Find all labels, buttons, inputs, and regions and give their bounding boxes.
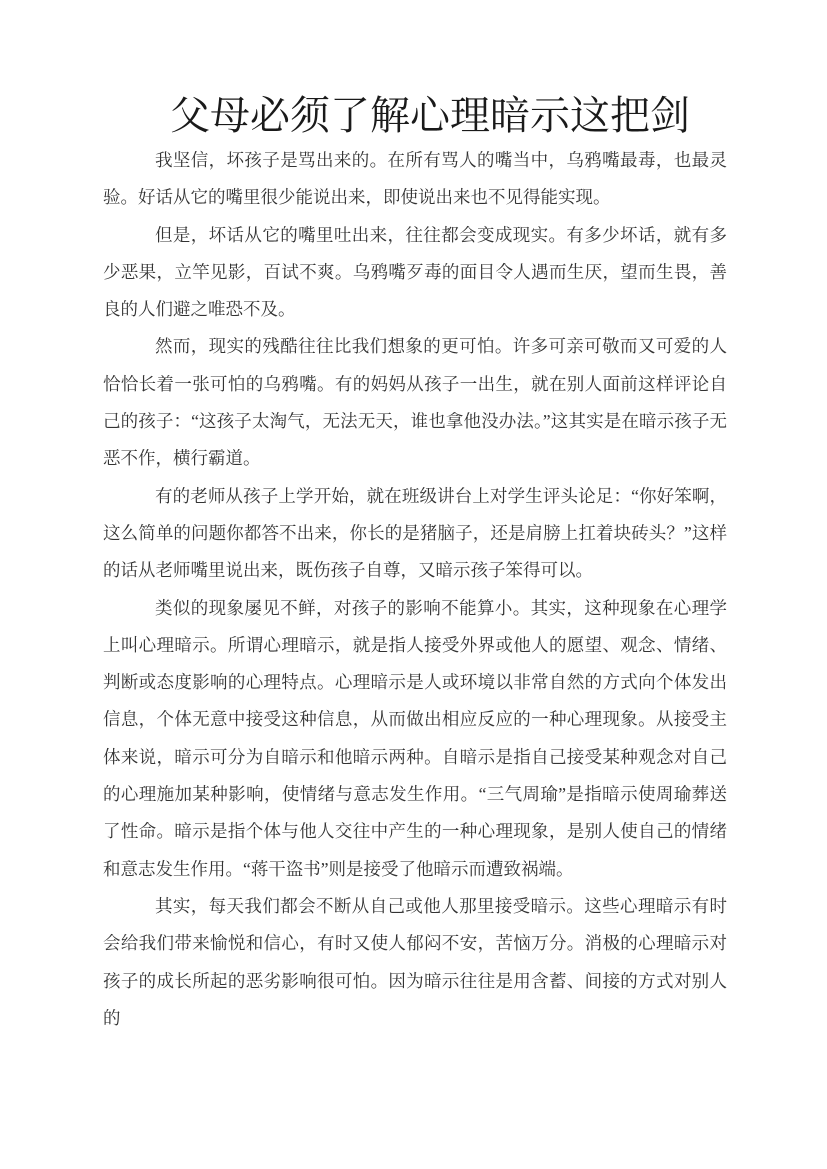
paragraph: 有的老师从孩子上学开始，就在班级讲台上对学生评头论足：“你好笨啊，这么简单的问题… (103, 478, 727, 590)
paragraph: 类似的现象屡见不鲜，对孩子的影响不能算小。其实，这种现象在心理学上叫心理暗示。所… (103, 590, 727, 888)
document-content: 父母必须了解心理暗示这把剑 我坚信，坏孩子是骂出来的。在所有骂人的嘴当中，乌鸦嘴… (0, 0, 827, 1037)
paragraph: 但是，坏话从它的嘴里吐出来，往往都会变成现实。有多少坏话，就有多少恶果，立竿见影… (103, 217, 727, 329)
paragraph: 然而，现实的残酷往往比我们想象的更可怕。许多可亲可敬而又可爱的人恰恰长着一张可怕… (103, 328, 727, 477)
paragraph: 我坚信，坏孩子是骂出来的。在所有骂人的嘴当中，乌鸦嘴最毒，也最灵验。好话从它的嘴… (103, 142, 727, 217)
document-title: 父母必须了解心理暗示这把剑 (103, 90, 727, 142)
paragraph: 其实，每天我们都会不断从自己或他人那里接受暗示。这些心理暗示有时会给我们带来愉悦… (103, 888, 727, 1037)
document-page: 父母必须了解心理暗示这把剑 我坚信，坏孩子是骂出来的。在所有骂人的嘴当中，乌鸦嘴… (0, 0, 827, 1169)
